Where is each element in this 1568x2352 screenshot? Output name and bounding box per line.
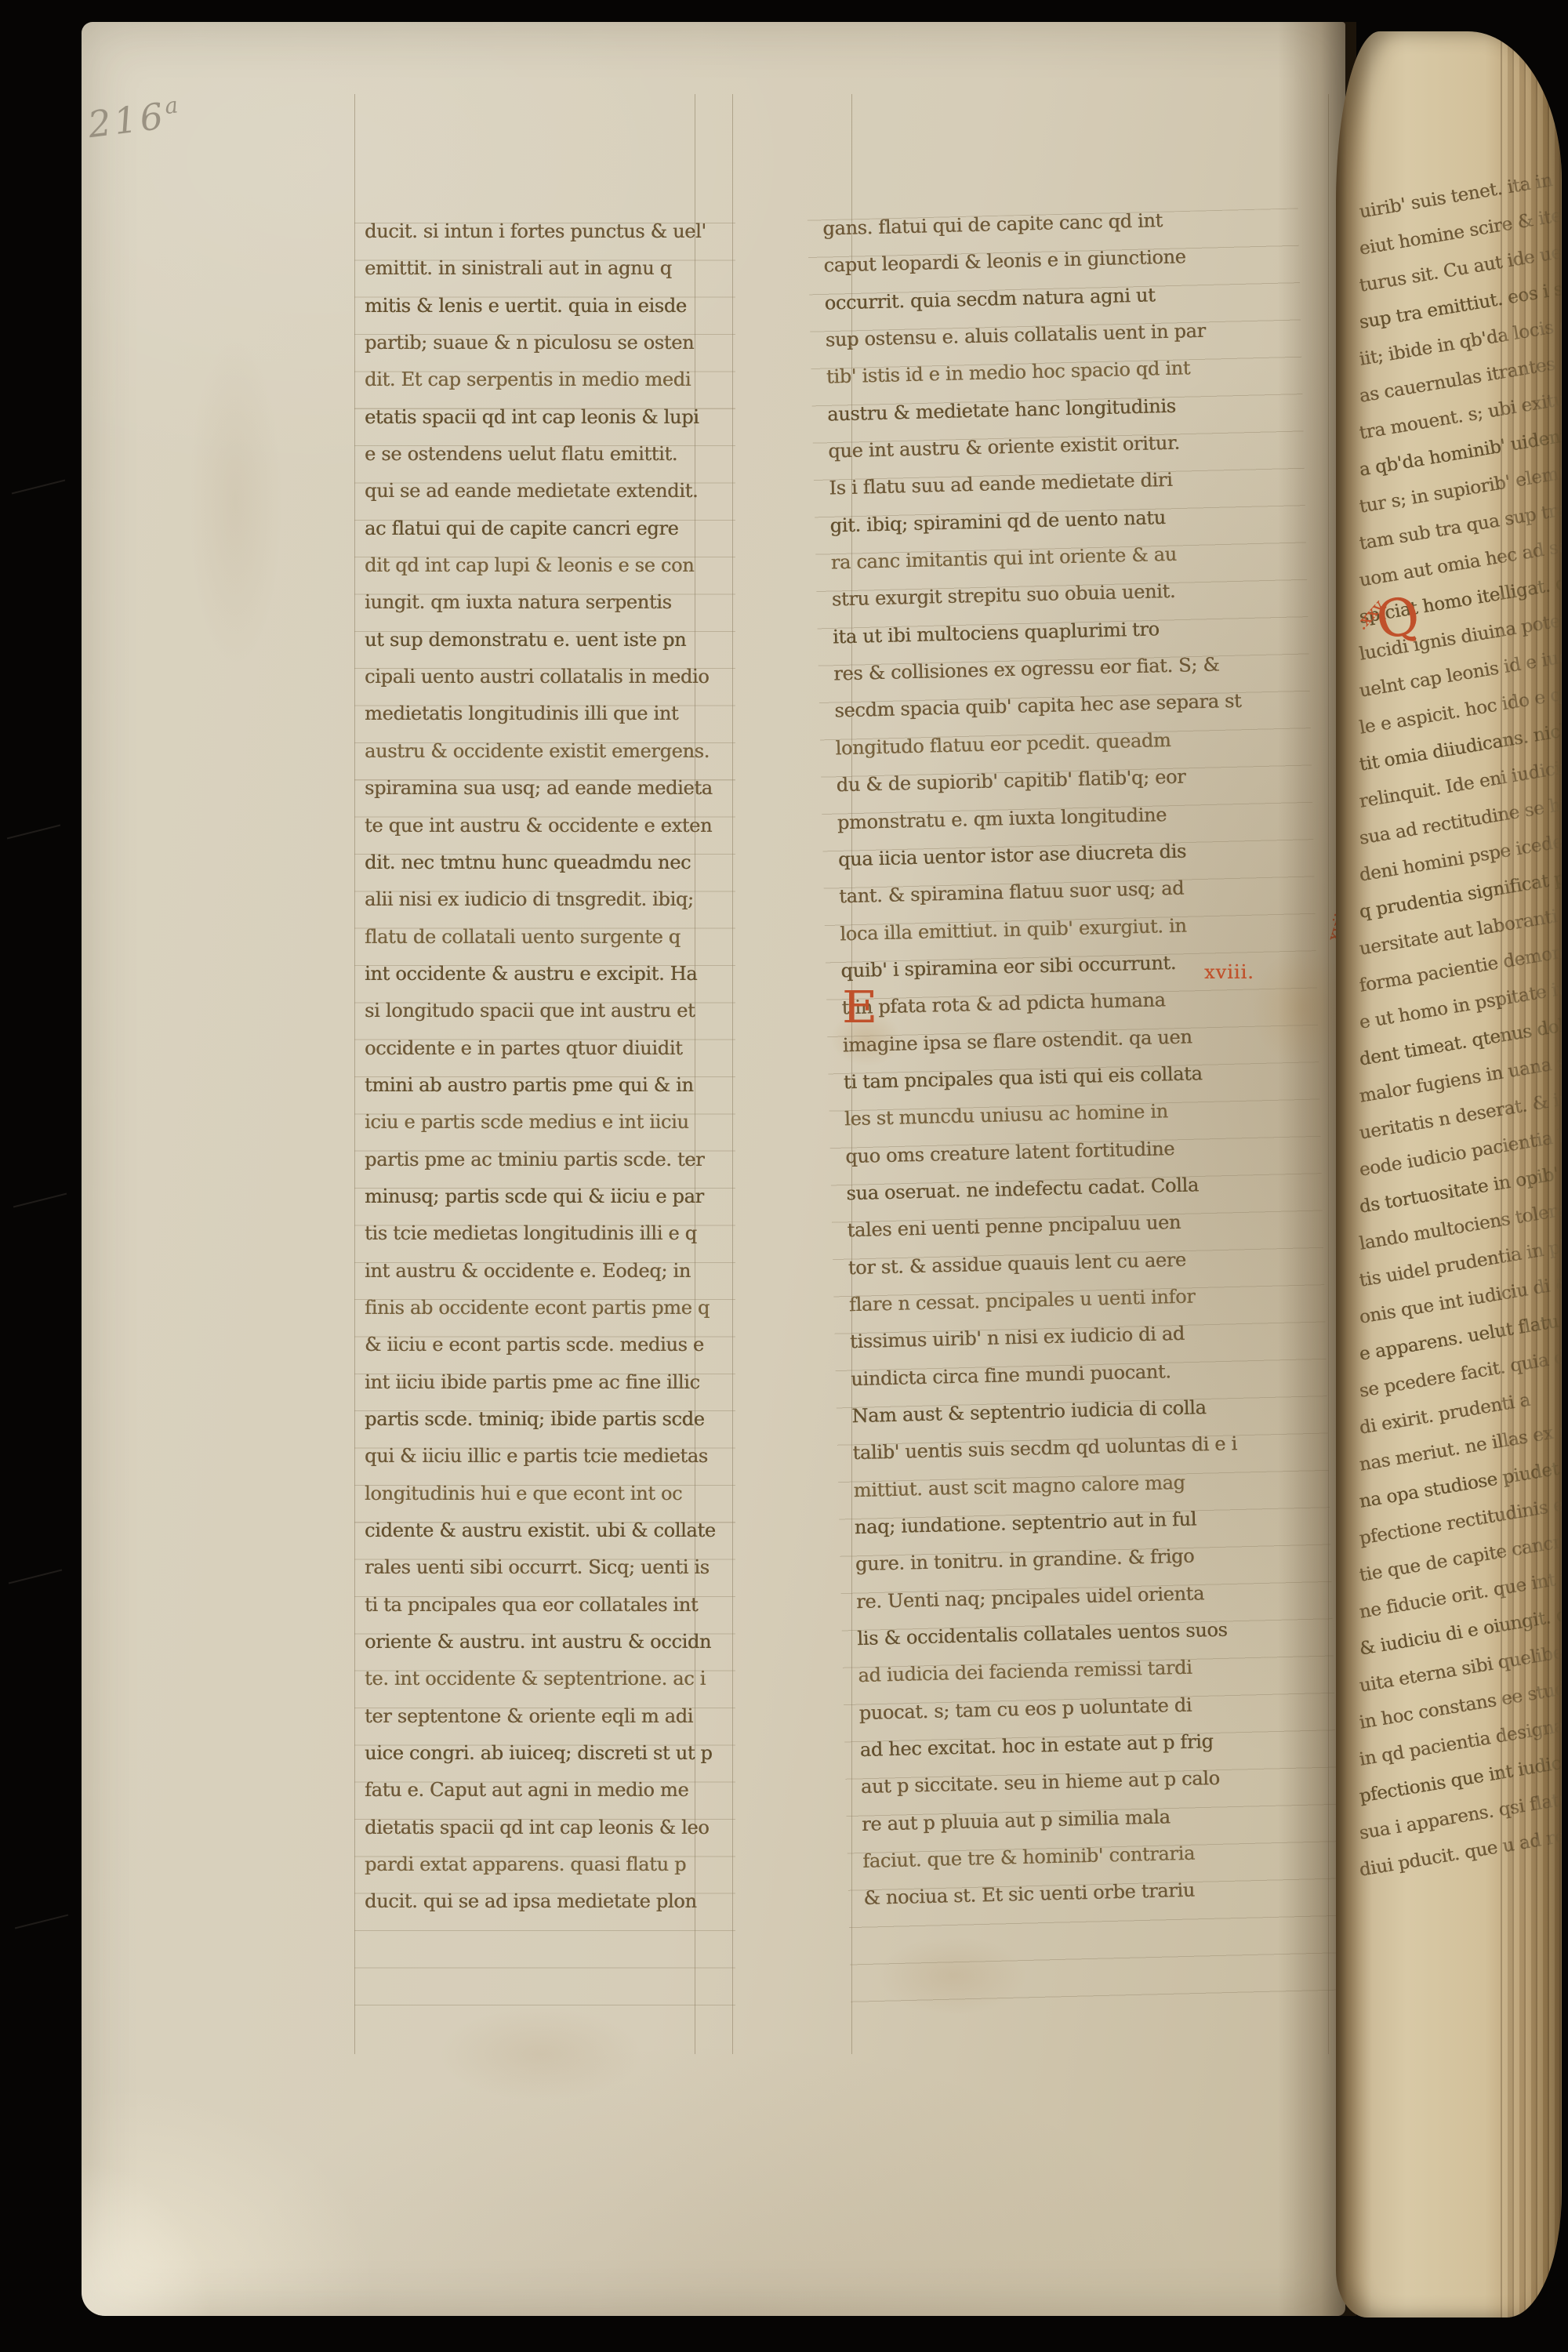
text-line: te. int occidente & septentrione. ac i <box>365 1661 716 1697</box>
ruling-vertical <box>732 94 733 2054</box>
text-line: dit qd int cap lupi & leonis e se con <box>365 547 716 584</box>
text-line: uice congri. ab iuiceq; discreti st ut p <box>365 1735 716 1772</box>
text-column-2: gans. flatui qui de capite canc qd intca… <box>822 201 1271 1918</box>
text-column-1: ducit. si intun i fortes punctus & uel'e… <box>365 213 716 1921</box>
fore-edge-mark <box>12 480 65 495</box>
text-line: finis ab occidente econt partis pme q <box>365 1290 716 1327</box>
text-line: spiramina sua usq; ad eande medieta <box>365 770 716 807</box>
rubric-chapter-number: xviii. <box>1204 961 1254 983</box>
manuscript-photo: 216a ducit. si intun i fortes punctus & … <box>0 0 1568 2352</box>
text-line: partis scde. tminiq; ibide partis scde <box>365 1401 716 1438</box>
text-line: ac flatui qui de capite cancri egre <box>365 510 716 547</box>
text-line: mitis & lenis e uertit. quia in eisde <box>365 288 716 325</box>
rubric-initial-e: E <box>842 986 877 1030</box>
next-page-text: uirib' suis tenet. ita ineiut homine sci… <box>1359 194 1562 1889</box>
text-line: int iiciu ibide partis pme ac fine illic <box>365 1364 716 1401</box>
text-line: etatis spacii qd int cap leonis & lupi <box>365 399 716 436</box>
text-line: dit. Et cap serpentis in medio medi <box>365 361 716 398</box>
text-line: ter septentone & oriente eqli m adi <box>365 1698 716 1735</box>
text-line: ut sup demonstratu e. uent iste pn <box>365 622 716 659</box>
text-line: ducit. qui se ad ipsa medietate plon <box>365 1883 716 1920</box>
text-line: partis pme ac tminiu partis scde. ter <box>365 1142 716 1178</box>
text-line: iciu e partis scde medius e int iiciu <box>365 1104 716 1141</box>
text-line: qui & iiciu illic e partis tcie medietas <box>365 1438 716 1475</box>
text-line: si longitudo spacii que int austru et <box>365 993 716 1029</box>
text-line: int occidente & austru e excipit. Ha <box>365 956 716 993</box>
text-line: fatu e. Caput aut agni in medio me <box>365 1772 716 1809</box>
page-corner-curl <box>82 2070 285 2316</box>
text-line: & iiciu e econt partis scde. medius e <box>365 1327 716 1363</box>
text-line: ducit. si intun i fortes punctus & uel' <box>365 213 716 250</box>
next-page-edge: uirib' suis tenet. ita ineiut homine sci… <box>1336 31 1562 2318</box>
fore-edge-mark <box>15 1915 68 1929</box>
fore-edge-mark <box>7 825 60 840</box>
text-line: oriente & austru. int austru & occidn <box>365 1624 716 1661</box>
text-line: te que int austru & occidente e exten <box>365 808 716 844</box>
text-line: emittit. in sinistrali aut in agnu q <box>365 250 716 287</box>
text-line: occidente e in partes qtuor diuidit <box>365 1030 716 1067</box>
text-line: qui se ad eande medietate extendit. <box>365 473 716 510</box>
text-line: int austru & occidente e. Eodeq; in <box>365 1253 716 1290</box>
text-line: dit. nec tmtnu hunc queadmdu nec <box>365 844 716 881</box>
text-line: iungit. qm iuxta natura serpentis <box>365 584 716 621</box>
text-line: tis tcie medietas longitudinis illi e q <box>365 1215 716 1252</box>
fore-edge-mark <box>13 1193 67 1208</box>
text-line: dietatis spacii qd int cap leonis & leo <box>365 1809 716 1846</box>
text-line: ti ta pncipales qua eor collatales int <box>365 1587 716 1624</box>
text-line: austru & occidente existit emergens. <box>365 733 716 770</box>
text-line: cipali uento austri collatalis in medio <box>365 659 716 695</box>
text-line: cidente & austru existit. ubi & collate <box>365 1512 716 1549</box>
text-line: e se ostendens uelut flatu emittit. <box>365 436 716 473</box>
parchment-stain <box>188 337 282 666</box>
text-line: partib; suaue & n piculosu se osten <box>365 325 716 361</box>
text-line: alii nisi ex iudicio di tnsgredit. ibiq; <box>365 881 716 918</box>
text-line: tmini ab austro partis pme qui & in <box>365 1067 716 1104</box>
text-line: medietatis longitudinis illi que int <box>365 695 716 732</box>
text-line: minusq; partis scde qui & iiciu e par <box>365 1178 716 1215</box>
folio-number-suffix: a <box>163 92 183 119</box>
ruling-vertical <box>354 94 355 2054</box>
text-line: flatu de collatali uento surgente q <box>365 919 716 956</box>
text-line: rales uenti sibi occurrt. Sicq; uenti is <box>365 1549 716 1586</box>
text-line: longitudinis hui e que econt int oc <box>365 1475 716 1512</box>
text-line: pardi extat apparens. quasi flatu p <box>365 1846 716 1883</box>
fore-edge-mark <box>9 1570 62 1584</box>
